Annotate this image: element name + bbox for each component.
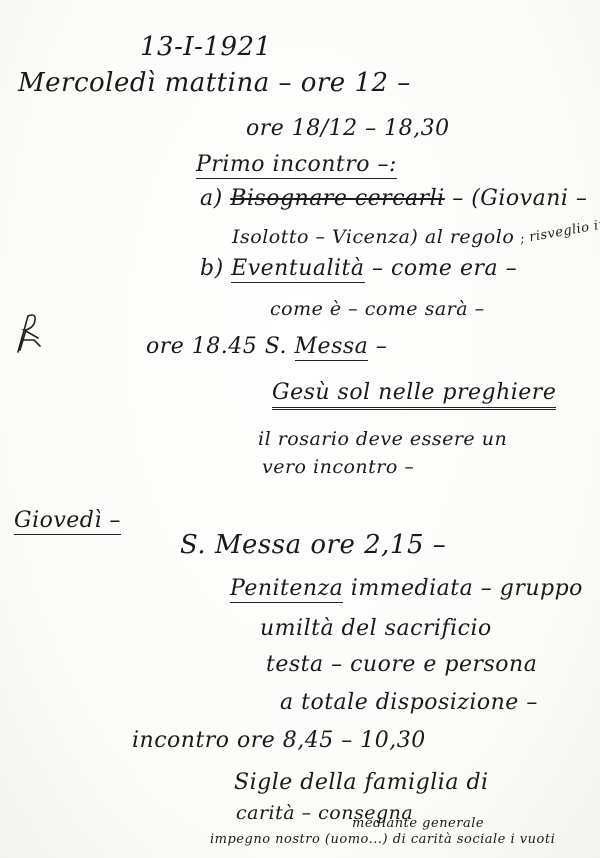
entry-line-18: Sigle della famiglia di xyxy=(234,770,489,795)
list-marker-b: b) xyxy=(200,256,224,281)
entry-line-2: ore 18/12 – 18,30 xyxy=(246,116,450,141)
entry-line-8: ore 18.45 S. Messa – xyxy=(146,334,387,359)
entry-line-15: testa – cuore e persona xyxy=(266,652,537,677)
entry-line-20: impegno nostro (uomo...) di carità socia… xyxy=(210,832,555,847)
entry-line-17: incontro ore 8,45 – 10,30 xyxy=(132,728,426,753)
entry-line-11: vero incontro – xyxy=(262,456,414,478)
day-heading-giovedi: Giovedì – xyxy=(14,508,121,535)
entry-text: ore 18.45 S. xyxy=(146,334,287,359)
entry-text: immediata – gruppo xyxy=(351,576,583,601)
entry-line-1: Mercoledì mattina – ore 12 – xyxy=(18,68,411,98)
interlinear-insertion: mediante generale xyxy=(352,816,484,831)
entry-line-9: Gesù sol nelle preghiere xyxy=(272,380,556,410)
handwritten-page: 13-I-1921 Mercoledì mattina – ore 12 – o… xyxy=(0,0,600,858)
entry-line-10: il rosario deve essere un xyxy=(258,428,507,450)
entry-line-a: a) Bisognare cercarli – (Giovani – xyxy=(200,186,587,211)
date-heading: 13-I-1921 xyxy=(140,32,272,62)
underlined-word: Eventualità xyxy=(231,256,364,283)
paraph-mark-icon xyxy=(12,310,42,354)
entry-text: – come era – xyxy=(372,256,517,281)
entry-line-5: Isolotto – Vicenza) al regolo xyxy=(232,226,514,248)
entry-line-16: a totale disposizione – xyxy=(280,690,538,715)
underlined-word: Penitenza xyxy=(230,576,343,603)
entry-line-12: S. Messa ore 2,15 – xyxy=(180,530,446,560)
entry-line-7: come è – come sarà – xyxy=(270,298,485,320)
underlined-word: Messa xyxy=(295,334,369,361)
entry-text: – (Giovani – xyxy=(452,186,587,211)
list-marker-a: a) xyxy=(200,186,223,211)
margin-note: ; risveglio interi. xyxy=(519,212,600,247)
entry-line-13: Penitenza immediata – gruppo xyxy=(230,576,583,601)
struck-text: Bisognare cercarli xyxy=(230,186,445,211)
entry-line-14: umiltà del sacrificio xyxy=(260,616,492,641)
section-heading-primo-incontro: Primo incontro –: xyxy=(196,152,397,179)
entry-text: – xyxy=(376,334,388,359)
entry-line-b: b) Eventualità – come era – xyxy=(200,256,517,281)
